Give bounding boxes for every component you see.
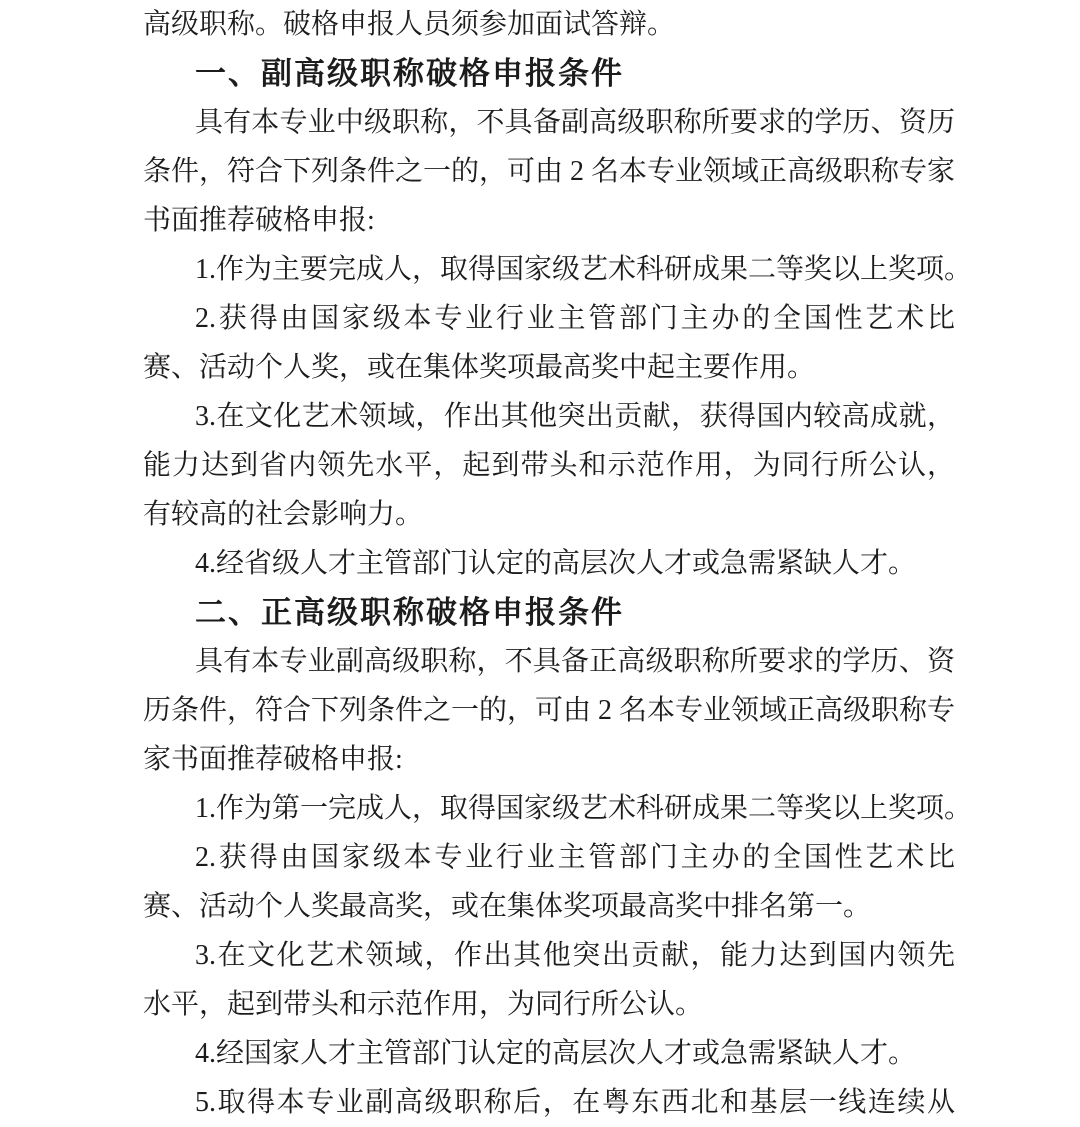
text-line: 高级职称。破格申报人员须参加面试答辩。 (143, 0, 955, 49)
document-text-column: 高级职称。破格申报人员须参加面试答辩。 一、副高级职称破格申报条件 具有本专业中… (143, 0, 955, 1127)
list-item-4: 4.经省级人才主管部门认定的高层次人才或急需紧缺人才。 (143, 539, 955, 588)
list-item-4: 4.经国家人才主管部门认定的高层次人才或急需紧缺人才。 (143, 1029, 955, 1078)
text-line: 1.作为第一完成人，取得国家级艺术科研成果二等奖以上奖项。 (143, 784, 955, 833)
list-item-1: 1.作为主要完成人，取得国家级艺术科研成果二等奖以上奖项。 (143, 245, 955, 294)
text-line: 4.经国家人才主管部门认定的高层次人才或急需紧缺人才。 (143, 1029, 955, 1078)
text-line: 家书面推荐破格申报: (143, 735, 955, 784)
text-line: 历条件，符合下列条件之一的，可由 2 名本专业领域正高级职称专 (143, 686, 955, 735)
text-line: 水平，起到带头和示范作用，为同行所公认。 (143, 980, 955, 1029)
document-page: 高级职称。破格申报人员须参加面试答辩。 一、副高级职称破格申报条件 具有本专业中… (0, 0, 1080, 1127)
text-line: 条件，符合下列条件之一的，可由 2 名本专业领域正高级职称专家 (143, 147, 955, 196)
text-line: 赛、活动个人奖最高奖，或在集体奖项最高奖中排名第一。 (143, 882, 955, 931)
text-line: 5.取得本专业副高级职称后，在粤东西北和基层一线连续从 (143, 1078, 955, 1127)
section-heading-1: 一、副高级职称破格申报条件 (143, 49, 955, 98)
heading-line: 一、副高级职称破格申报条件 (143, 49, 955, 98)
text-line: 书面推荐破格申报: (143, 196, 955, 245)
text-line: 2.获得由国家级本专业行业主管部门主办的全国性艺术比 (143, 294, 955, 343)
list-item-5-cut-off: 5.取得本专业副高级职称后，在粤东西北和基层一线连续从 (143, 1078, 955, 1127)
list-item-3: 3.在文化艺术领域，作出其他突出贡献，获得国内较高成就， 能力达到省内领先水平，… (143, 392, 955, 539)
text-line: 3.在文化艺术领域，作出其他突出贡献，能力达到国内领先 (143, 931, 955, 980)
text-line: 3.在文化艺术领域，作出其他突出贡献，获得国内较高成就， (143, 392, 955, 441)
text-line: 赛、活动个人奖，或在集体奖项最高奖中起主要作用。 (143, 343, 955, 392)
list-item-3: 3.在文化艺术领域，作出其他突出贡献，能力达到国内领先 水平，起到带头和示范作用… (143, 931, 955, 1029)
list-item-2: 2.获得由国家级本专业行业主管部门主办的全国性艺术比 赛、活动个人奖，或在集体奖… (143, 294, 955, 392)
list-item-2: 2.获得由国家级本专业行业主管部门主办的全国性艺术比 赛、活动个人奖最高奖，或在… (143, 833, 955, 931)
text-line: 2.获得由国家级本专业行业主管部门主办的全国性艺术比 (143, 833, 955, 882)
text-line: 能力达到省内领先水平，起到带头和示范作用，为同行所公认， (143, 441, 955, 490)
text-line: 具有本专业副高级职称，不具备正高级职称所要求的学历、资 (143, 637, 955, 686)
paragraph: 具有本专业副高级职称，不具备正高级职称所要求的学历、资 历条件，符合下列条件之一… (143, 637, 955, 784)
paragraph-continuation: 高级职称。破格申报人员须参加面试答辩。 (143, 0, 955, 49)
section-heading-2: 二、正高级职称破格申报条件 (143, 588, 955, 637)
text-line: 具有本专业中级职称，不具备副高级职称所要求的学历、资历 (143, 98, 955, 147)
heading-line: 二、正高级职称破格申报条件 (143, 588, 955, 637)
list-item-1: 1.作为第一完成人，取得国家级艺术科研成果二等奖以上奖项。 (143, 784, 955, 833)
text-line: 有较高的社会影响力。 (143, 490, 955, 539)
text-line: 4.经省级人才主管部门认定的高层次人才或急需紧缺人才。 (143, 539, 955, 588)
text-line: 1.作为主要完成人，取得国家级艺术科研成果二等奖以上奖项。 (143, 245, 955, 294)
paragraph: 具有本专业中级职称，不具备副高级职称所要求的学历、资历 条件，符合下列条件之一的… (143, 98, 955, 245)
